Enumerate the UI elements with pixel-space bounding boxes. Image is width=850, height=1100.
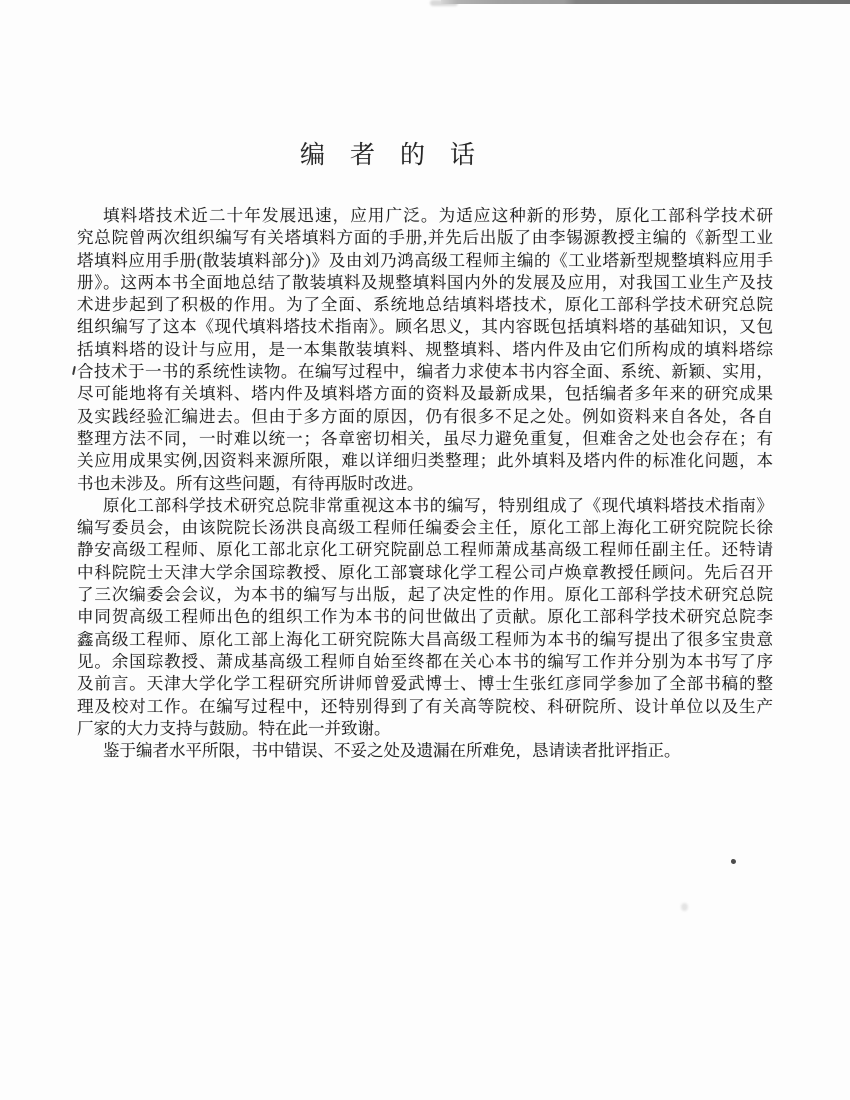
text-line: 填料塔技术近二十年发展迅速，应用广泛。为适应这种新的形势，原化工部科学技术研: [77, 205, 773, 227]
text-line: 中科院院士天津大学余国琮教授、原化工部寰球化学工程公司卢焕章教授任顾问。先后召开: [77, 562, 773, 584]
text-line: 括填料塔的设计与应用，是一本集散装填料、规整填料、塔内件及由它们所构成的填料塔综: [77, 339, 773, 361]
text-line: 塔填料应用手册(散装填料部分)》及由刘乃鸿高级工程师主编的《工业塔新型规整填料应…: [77, 250, 773, 272]
text-line: 尽可能地将有关填料、塔内件及填料塔方面的资料及最新成果，包括编者多年来的研究成果: [77, 383, 773, 405]
text-line: 合技术于一书的系统性读物。在编写过程中，编者力求使本书内容全面、系统、新颖、实用…: [77, 361, 773, 383]
scan-artifact-speck-dark: [731, 859, 736, 864]
text-line: 鑫高级工程师、原化工部上海化工研究院陈大昌高级工程师为本书的编写提出了很多宝贵意: [77, 629, 773, 651]
text-line: 编写委员会，由该院院长汤洪良高级工程师任编委会主任，原化工部上海化工研究院院长徐: [77, 517, 773, 539]
paragraph: 原化工部科学技术研究总院非常重视这本书的编写，特别组成了《现代填料塔技术指南》 …: [77, 495, 773, 740]
text-line: 理及校对工作。在编写过程中，还特别得到了有关高等院校、科研院所、设计单位以及生产: [77, 696, 773, 718]
text-line: 书也未涉及。所有这些问题，有待再版时改进。: [77, 473, 773, 495]
text-line: 鉴于编者水平所限，书中错误、不妥之处及遗漏在所难免，恳请读者批评指正。: [77, 740, 773, 762]
text-line: 组织编写了这本《现代填料塔技术指南》。顾名思义，其内容既包括填料塔的基础知识，又…: [77, 316, 773, 338]
text-line: 厂家的大力支持与鼓励。特在此一并致谢。: [77, 718, 773, 740]
paragraph: 填料塔技术近二十年发展迅速，应用广泛。为适应这种新的形势，原化工部科学技术研 究…: [77, 205, 773, 495]
text-line: 及实践经验汇编进去。但由于多方面的原因，仍有很多不足之处。例如资料来自各处，各自: [77, 406, 773, 428]
paragraph: 鉴于编者水平所限，书中错误、不妥之处及遗漏在所难免，恳请读者批评指正。: [77, 740, 773, 762]
text-line: 申同贺高级工程师出色的组织工作为本书的问世做出了贡献。原化工部科学技术研究总院李: [77, 606, 773, 628]
scanned-book-page: 编者的话 填料塔技术近二十年发展迅速，应用广泛。为适应这种新的形势，原化工部科学…: [0, 0, 850, 1100]
text-line: 及前言。天津大学化学工程研究所讲师曾爱武博士、博士生张红彦同学参加了全部书稿的整: [77, 673, 773, 695]
text-line: 静安高级工程师、原化工部北京化工研究院副总工程师萧成基高级工程师任副主任。还特请: [77, 539, 773, 561]
text-line: 究总院曾两次组织编写有关塔填料方面的手册,并先后出版了由李锡源教授主编的《新型工…: [77, 227, 773, 249]
page-title: 编者的话: [300, 135, 500, 171]
text-line: 整理方法不同，一时难以统一；各章密切相关，虽尽力避免重复，但难舍之处也会存在；有: [77, 428, 773, 450]
text-line: 关应用成果实例,因资料来源所限，难以详细归类整理；此外填料及塔内件的标准化问题，…: [77, 450, 773, 472]
scan-artifact-top-strip: [441, 0, 850, 4]
text-line: 原化工部科学技术研究总院非常重视这本书的编写，特别组成了《现代填料塔技术指南》: [77, 495, 773, 517]
text-line: 术进步起到了积极的作用。为了全面、系统地总结填料塔技术，原化工部科学技术研究总院: [77, 294, 773, 316]
text-line: 了三次编委会会议，为本书的编写与出版，起了决定性的作用。原化工部科学技术研究总院: [77, 584, 773, 606]
scan-artifact-tick: [72, 366, 76, 375]
preface-text: 填料塔技术近二十年发展迅速，应用广泛。为适应这种新的形势，原化工部科学技术研 究…: [77, 205, 773, 762]
text-line: 见。余国琮教授、萧成基高级工程师自始至终都在关心本书的编写工作并分别为本书写了序: [77, 651, 773, 673]
text-line: 册》。这两本书全面地总结了散装填料及规整填料国内外的发展及应用，对我国工业生产及…: [77, 272, 773, 294]
scan-artifact-speck-faint: [681, 903, 688, 911]
